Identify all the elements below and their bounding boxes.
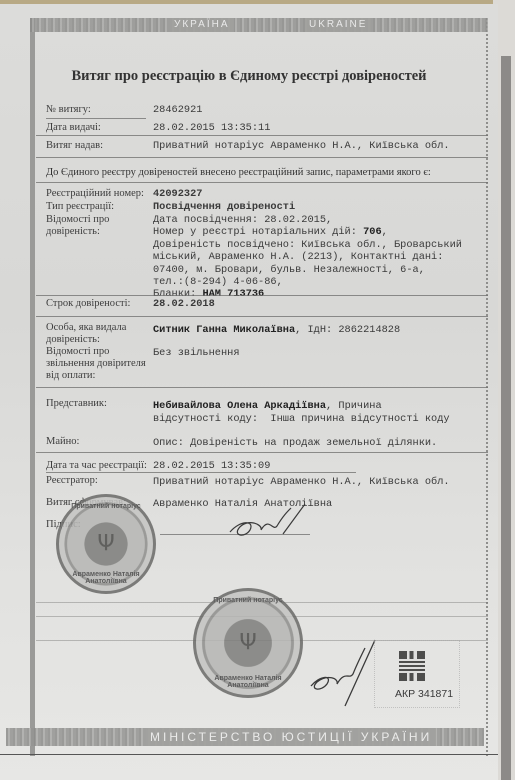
representative-name: Небивайлова Олена Аркадіївна — [153, 400, 326, 412]
reg-type-label: Тип реєстрації: — [46, 201, 146, 214]
header-security-band: УКРАЇНА UKRAINE — [30, 18, 488, 32]
issued-by: Приватний нотаріус Авраменко Н.А., Київс… — [153, 140, 450, 153]
reg-type: Посвідчення довіреності — [153, 201, 295, 214]
details-label-1: Відомості про — [46, 214, 146, 227]
principal-name: Ситник Ганна Миколаївна — [153, 324, 295, 336]
notary-seal-2: Приватний нотаріус Ψ Авраменко Наталія А… — [193, 588, 303, 698]
details-line-6: тел.:(8-294) 4-06-86, — [153, 276, 283, 289]
registrar-label: Реєстратор: — [46, 475, 146, 488]
ministry-label: МІНІСТЕРСТВО ЮСТИЦІЇ УКРАЇНИ — [146, 728, 436, 746]
notary-seal-1: Приватний нотаріус Ψ Авраменко Наталія А… — [56, 494, 156, 594]
term-value: 28.02.2018 — [153, 298, 215, 311]
principal-label-1: Особа, яка видала — [46, 322, 146, 335]
document-page: УКРАЇНА UKRAINE Витяг про реєстрацію в Є… — [0, 4, 498, 780]
qr-code-icon — [399, 651, 425, 681]
reg-datetime: 28.02.2015 13:35:09 — [153, 460, 270, 473]
notarial-act-number: 706 — [363, 226, 382, 238]
details-line-2: Номер у реєстрі нотаріальних дій: 706, — [153, 226, 388, 239]
form-serial-number: АКР 341871 — [395, 688, 453, 700]
page-bottom-rule — [0, 754, 498, 755]
extract-number-label: № витягу: — [46, 104, 146, 117]
issue-date: 28.02.2015 13:35:11 — [153, 122, 270, 135]
footer-security-band: МІНІСТЕРСТВО ЮСТИЦІЇ УКРАЇНИ — [6, 728, 484, 746]
band-label-ua: УКРАЇНА — [170, 18, 234, 32]
principal-value: Ситник Ганна Миколаївна, ІдН: 2862214828 — [153, 324, 400, 337]
representative-line-1: Небивайлова Олена Аркадіївна, Причина — [153, 400, 382, 413]
extract-number: 28462921 — [153, 104, 202, 117]
exemption-label-1: Відомості про — [46, 346, 146, 359]
details-line-5: 07400, м. Бровари, бульв. Незалежності, … — [153, 264, 425, 277]
signature-icon — [305, 634, 380, 714]
details-label-2: довіреність: — [46, 226, 146, 239]
representative-line-2: відсутності коду: Інша причина відсутнос… — [153, 413, 450, 426]
reg-number: 42092327 — [153, 188, 202, 201]
trident-icon: Ψ — [239, 631, 256, 656]
property-value: Опис: Довіреність на продаж земельної ді… — [153, 437, 437, 450]
issued-by-label: Витяг надав: — [46, 140, 146, 153]
details-line-4: міський, Авраменко Н.А. (2213), Контактн… — [153, 251, 443, 264]
representative-label: Представник: — [46, 398, 146, 411]
details-line-1: Дата посвідчення: 28.02.2015, — [153, 214, 332, 227]
details-line-3: Довіреність посвідчено: Київська обл., Б… — [153, 239, 462, 252]
band-label-en: UKRAINE — [305, 18, 371, 32]
signature-icon — [225, 502, 315, 542]
term-label: Строк довіреності: — [46, 298, 146, 311]
property-label: Майно: — [46, 436, 146, 449]
intro-text: До Єдиного реєстру довіреностей внесено … — [46, 167, 431, 178]
principal-label-2: довіреність: — [46, 334, 146, 347]
reg-datetime-label: Дата та час реєстрації: — [46, 460, 156, 473]
trident-icon: Ψ — [97, 532, 114, 557]
exemption-value: Без звільнення — [153, 347, 240, 360]
document-title: Витяг про реєстрацію в Єдиному реєстрі д… — [0, 68, 498, 85]
exemption-label-3: від оплати: — [46, 370, 146, 383]
exemption-label-2: звільнення довірителя — [46, 358, 146, 371]
issue-date-label: Дата видачі: — [46, 122, 146, 135]
registrar-value: Приватний нотаріус Авраменко Н.А., Київс… — [153, 476, 450, 489]
reg-number-label: Реєстраційний номер: — [46, 188, 146, 201]
principal-id: , ІдН: 2862214828 — [295, 324, 400, 336]
